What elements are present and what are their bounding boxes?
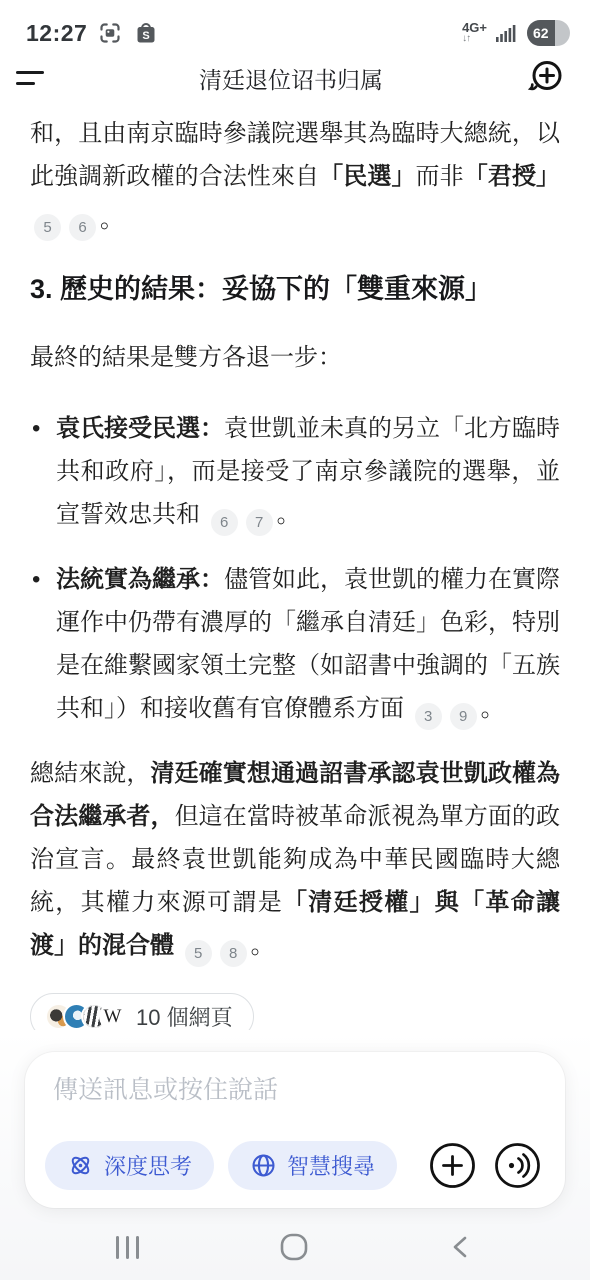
svg-text:S: S bbox=[143, 30, 150, 42]
attach-button[interactable] bbox=[429, 1142, 476, 1189]
smart-search-button[interactable]: 智慧搜尋 bbox=[228, 1141, 397, 1190]
summary-paragraph: 總結來說，清廷確實想通過詔書承認袁世凱政權為合法繼承者，但這在當時被革命派視為單… bbox=[30, 752, 560, 967]
back-icon bbox=[448, 1234, 474, 1260]
recents-button[interactable] bbox=[112, 1232, 143, 1263]
citation-badge[interactable]: 6 bbox=[69, 214, 96, 241]
atom-icon bbox=[67, 1152, 94, 1179]
shopee-icon: S bbox=[133, 20, 159, 46]
assistant-message: 和，且由南京臨時參議院選舉其為臨時大總統，以此強調新政權的合法性來自「民選」而非… bbox=[0, 104, 590, 1040]
status-bar: 12:27 S 4G+ ↓↑ bbox=[0, 0, 590, 52]
recents-icon bbox=[116, 1236, 139, 1259]
citation-badge[interactable]: 9 bbox=[450, 703, 477, 730]
citation-badge[interactable]: 6 bbox=[211, 509, 238, 536]
home-button[interactable] bbox=[275, 1228, 313, 1266]
citation-badge[interactable]: 5 bbox=[34, 214, 61, 241]
bottom-area: 深度思考 智慧搜尋 bbox=[0, 1030, 590, 1280]
screenshot-icon bbox=[97, 20, 123, 46]
list-item: •法統實為繼承：儘管如此，袁世凱的權力在實際運作中仍帶有濃厚的「繼承自清廷」色彩… bbox=[30, 558, 560, 730]
section-heading: 3. 歷史的結果：妥協下的「雙重來源」 bbox=[30, 267, 560, 306]
globe-icon bbox=[250, 1152, 277, 1179]
home-icon bbox=[279, 1232, 309, 1262]
bullet-list: •袁氏接受民選：袁世凱並未真的另立「北方臨時共和政府」，而是接受了南京參議院的選… bbox=[30, 407, 560, 730]
deep-think-button[interactable]: 深度思考 bbox=[45, 1141, 214, 1190]
new-chat-button[interactable] bbox=[522, 54, 570, 102]
plus-icon bbox=[429, 1142, 476, 1189]
voice-wave-icon bbox=[494, 1142, 541, 1189]
menu-icon bbox=[16, 71, 44, 74]
composer-card: 深度思考 智慧搜尋 bbox=[25, 1052, 565, 1208]
clock: 12:27 bbox=[26, 20, 87, 47]
paragraph-continuation: 和，且由南京臨時參議院選舉其為臨時大總統，以此強調新政權的合法性來自「民選」而非… bbox=[30, 112, 560, 241]
citation-badge[interactable]: 8 bbox=[220, 940, 247, 967]
menu-button[interactable] bbox=[16, 56, 60, 100]
page-title: 清廷退位诏书归属 bbox=[60, 62, 522, 95]
network-type: 4G+ ↓↑ bbox=[462, 22, 487, 44]
list-item: •袁氏接受民選：袁世凱並未真的另立「北方臨時共和政府」，而是接受了南京參議院的選… bbox=[30, 407, 560, 536]
voice-button[interactable] bbox=[494, 1142, 541, 1189]
message-input[interactable] bbox=[53, 1076, 543, 1105]
app-header: 清廷退位诏书归属 bbox=[0, 52, 590, 104]
wikipedia-favicon: W bbox=[99, 1003, 126, 1030]
back-button[interactable] bbox=[444, 1230, 478, 1264]
android-nav-bar bbox=[0, 1214, 590, 1280]
citation-badge[interactable]: 3 bbox=[415, 703, 442, 730]
battery-icon: 62 bbox=[527, 20, 570, 46]
signal-strength-icon bbox=[495, 21, 519, 45]
smart-search-label: 智慧搜尋 bbox=[287, 1150, 375, 1181]
deep-think-label: 深度思考 bbox=[104, 1150, 192, 1181]
new-chat-icon bbox=[524, 56, 568, 100]
citation-badge[interactable]: 7 bbox=[246, 509, 273, 536]
citation-badge[interactable]: 5 bbox=[185, 940, 212, 967]
sources-count-label: 10 個網頁 bbox=[136, 1001, 233, 1032]
lead-paragraph: 最終的結果是雙方各退一步： bbox=[30, 336, 560, 379]
